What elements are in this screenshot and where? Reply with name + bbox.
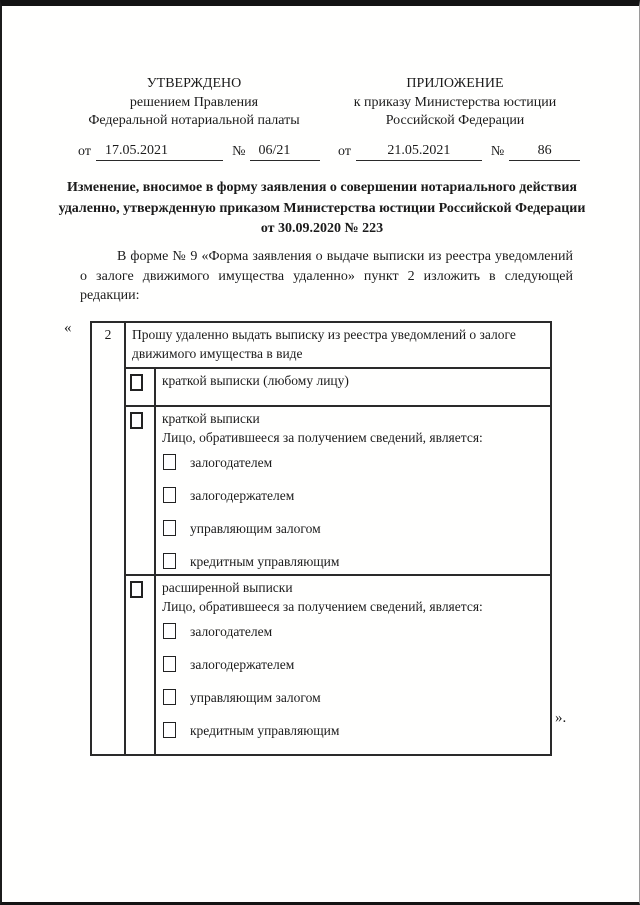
list-item: кредитным управляющим [163, 721, 542, 739]
closing-quote-mark: ». [555, 710, 566, 727]
table-row-extended-extract: расширенной выписки Лицо, обратившееся з… [91, 575, 551, 755]
checkbox-credit-manager-1-icon [163, 553, 176, 569]
short-extract-label: краткой выписки [162, 410, 542, 429]
short-extract-options: залогодателем залогодержателем управляющ… [162, 453, 542, 570]
approval-date-prefix: от [78, 143, 91, 162]
credit-manager-label: кредитным управляющим [190, 721, 339, 739]
checkbox-pledge-manager-1-icon [163, 520, 176, 536]
annex-date-prefix: от [338, 143, 351, 162]
checkbox-pledgor-1-icon [163, 454, 176, 470]
annex-line-3: Российской Федерации [330, 112, 580, 131]
checkbox-short-extract-icon [130, 412, 143, 429]
list-item: кредитным управляющим [163, 552, 542, 570]
pledgor-label: залогодателем [190, 453, 272, 471]
approval-number-sign: № [232, 143, 245, 162]
pledgee-label: залогодержателем [190, 655, 294, 673]
short-checkbox-cell [125, 406, 155, 575]
annex-number-value: 86 [509, 142, 580, 162]
checkbox-credit-manager-2-icon [163, 722, 176, 738]
intro-paragraph: В форме № 9 «Форма заявления о выдаче вы… [80, 247, 573, 306]
list-item: управляющим залогом [163, 688, 542, 706]
form-table: 2 Прошу удаленно выдать выписку из реест… [90, 321, 552, 756]
annex-number-sign: № [491, 143, 504, 162]
table-row-short-extract: краткой выписки Лицо, обратившееся за по… [91, 406, 551, 575]
approval-line-2: решением Правления [68, 94, 320, 113]
checkbox-pledgee-1-icon [163, 487, 176, 503]
extended-extract-label: расширенной выписки [162, 579, 542, 598]
annex-line-1: ПРИЛОЖЕНИЕ [330, 75, 580, 94]
table-row-short-any: краткой выписки (любому лицу) [91, 368, 551, 406]
approval-line-1: УТВЕРЖДЕНО [68, 75, 320, 94]
extended-extract-cell: расширенной выписки Лицо, обратившееся з… [155, 575, 551, 755]
list-item: управляющим залогом [163, 519, 542, 537]
pledge-manager-label: управляющим залогом [190, 519, 321, 537]
annex-line-2: к приказу Министерства юстиции [330, 94, 580, 113]
list-item: залогодержателем [163, 486, 542, 504]
approval-number-value: 06/21 [250, 142, 320, 162]
list-item: залогодержателем [163, 655, 542, 673]
checkbox-pledge-manager-2-icon [163, 689, 176, 705]
request-text-cell: Прошу удаленно выдать выписку из реестра… [125, 322, 551, 368]
pledgor-label: залогодателем [190, 622, 272, 640]
short-extract-sublabel: Лицо, обратившееся за получением сведени… [162, 429, 542, 448]
checkbox-short-extract-any-icon [130, 374, 143, 391]
checkbox-extended-extract-icon [130, 581, 143, 598]
credit-manager-label: кредитным управляющим [190, 552, 339, 570]
short-any-checkbox-cell [125, 368, 155, 406]
extended-extract-sublabel: Лицо, обратившееся за получением сведени… [162, 598, 542, 617]
approval-block: УТВЕРЖДЕНО решением Правления Федерально… [68, 75, 320, 161]
list-item: залогодателем [163, 453, 542, 471]
approval-line-3: Федеральной нотариальной палаты [68, 112, 320, 131]
short-extract-cell: краткой выписки Лицо, обратившееся за по… [155, 406, 551, 575]
short-any-label-cell: краткой выписки (любому лицу) [155, 368, 551, 406]
extended-checkbox-cell [125, 575, 155, 755]
annex-date-line: от 21.05.2021 № 86 [330, 142, 580, 162]
table-row-request: 2 Прошу удаленно выдать выписку из реест… [91, 322, 551, 368]
opening-quote-mark: « [64, 320, 72, 337]
list-item: залогодателем [163, 622, 542, 640]
pledge-manager-label: управляющим залогом [190, 688, 321, 706]
document-title: Изменение, вносимое в форму заявления о … [57, 178, 587, 240]
approval-date-line: от 17.05.2021 № 06/21 [68, 142, 320, 162]
annex-block: ПРИЛОЖЕНИЕ к приказу Министерства юстици… [330, 75, 580, 161]
item-number-cell: 2 [91, 322, 125, 755]
annex-date-value: 21.05.2021 [356, 142, 482, 162]
scanned-document-page: УТВЕРЖДЕНО решением Правления Федерально… [0, 0, 640, 905]
approval-date-value: 17.05.2021 [96, 142, 223, 162]
extended-extract-options: залогодателем залогодержателем управляющ… [162, 622, 542, 739]
checkbox-pledgor-2-icon [163, 623, 176, 639]
checkbox-pledgee-2-icon [163, 656, 176, 672]
pledgee-label: залогодержателем [190, 486, 294, 504]
